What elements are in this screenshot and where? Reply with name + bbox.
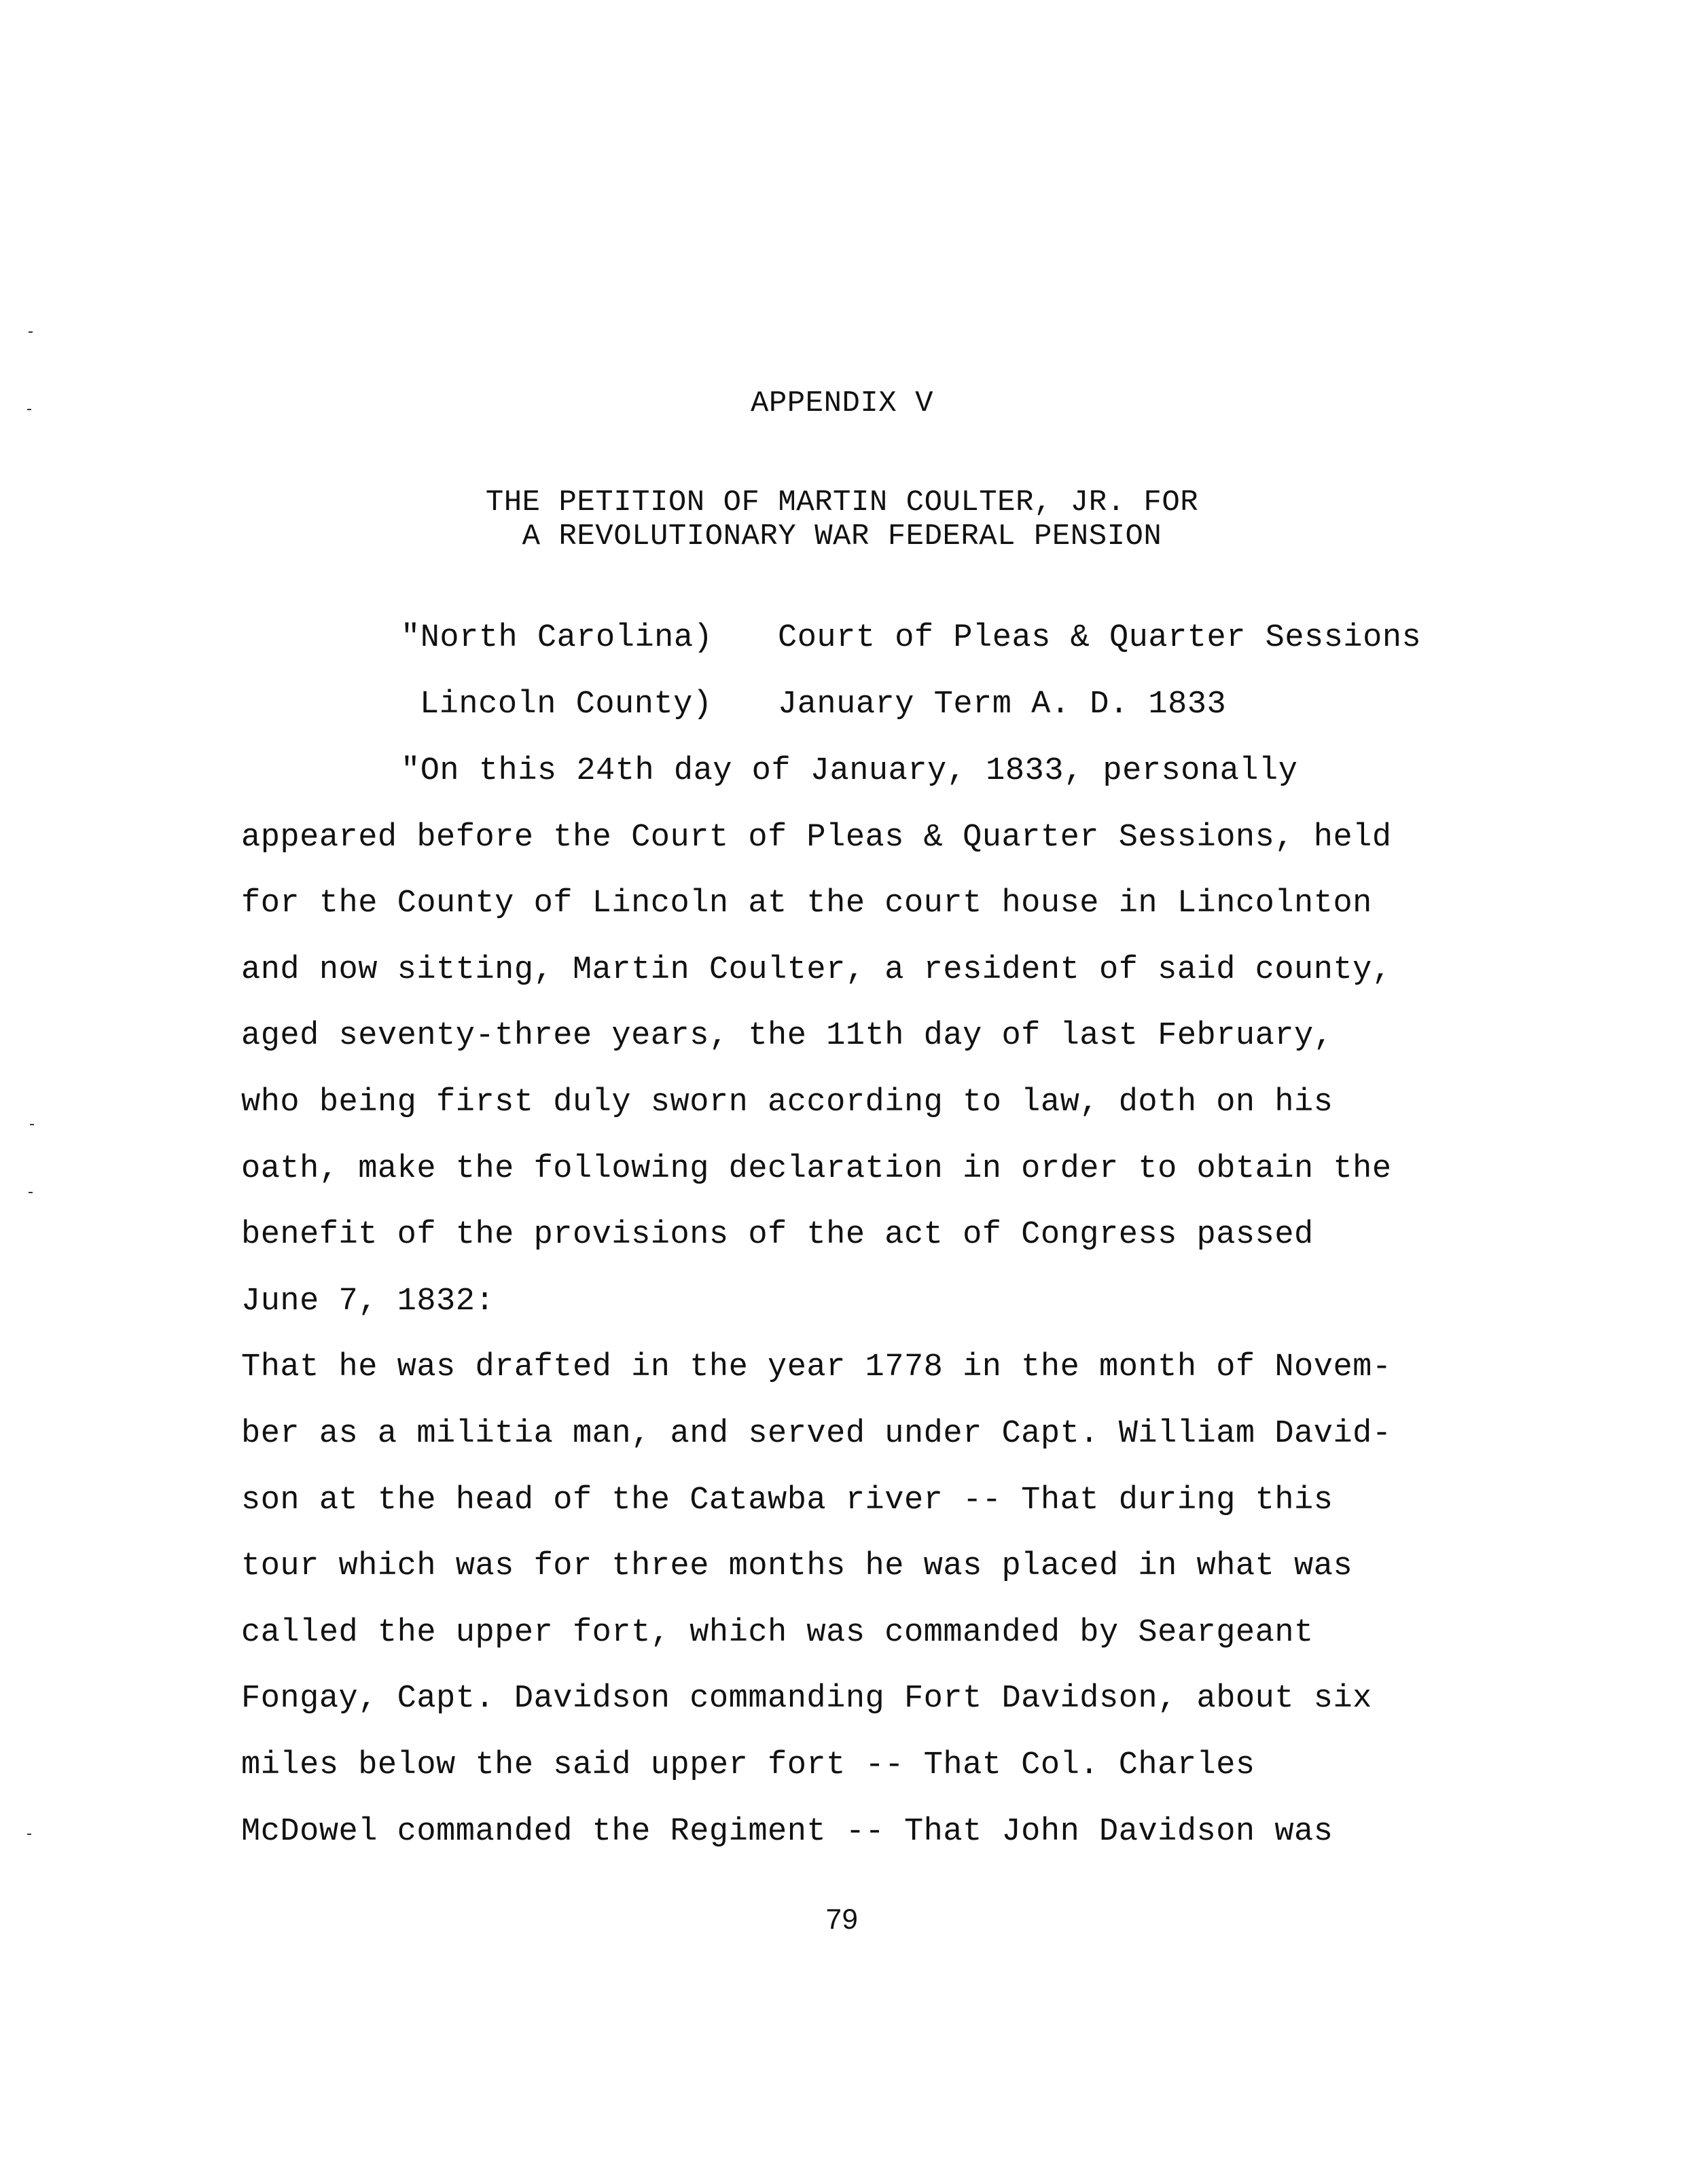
body-line: benefit of the provisions of the act of … — [241, 1219, 1314, 1251]
body-line: Fongay, Capt. Davidson commanding Fort D… — [241, 1683, 1372, 1715]
title-line-2: A REVOLUTIONARY WAR FEDERAL PENSION — [0, 522, 1684, 551]
scan-speck — [29, 1192, 33, 1193]
body-line: son at the head of the Catawba river -- … — [241, 1485, 1333, 1516]
body-line: "On this 24th day of January, 1833, pers… — [401, 755, 1297, 787]
appendix-label: APPENDIX V — [0, 388, 1684, 418]
scan-speck — [29, 331, 33, 333]
body-line: for the County of Lincoln at the court h… — [241, 888, 1372, 920]
scan-speck — [27, 1834, 31, 1835]
body-line: That he was drafted in the year 1778 in … — [241, 1351, 1392, 1383]
court-header-court: Court of Pleas & Quarter Sessions — [778, 622, 1421, 654]
court-header-term: January Term A. D. 1833 — [778, 689, 1226, 721]
court-header-county: Lincoln County) — [420, 689, 713, 721]
body-line: ber as a militia man, and served under C… — [241, 1418, 1392, 1450]
body-line: McDowel commanded the Regiment -- That J… — [241, 1816, 1333, 1848]
scan-speck — [27, 409, 31, 410]
body-line: June 7, 1832: — [241, 1286, 495, 1317]
body-line: called the upper fort, which was command… — [241, 1617, 1314, 1649]
page-number: 79 — [0, 1905, 1684, 1933]
body-line: and now sitting, Martin Coulter, a resid… — [241, 954, 1392, 986]
body-line: appeared before the Court of Pleas & Qua… — [241, 822, 1392, 854]
body-line: miles below the said upper fort -- That … — [241, 1749, 1255, 1781]
document-page: APPENDIX V THE PETITION OF MARTIN COULTE… — [0, 0, 1684, 2184]
body-line: aged seventy-three years, the 11th day o… — [241, 1020, 1333, 1052]
body-line: tour which was for three months he was p… — [241, 1550, 1352, 1582]
title-line-1: THE PETITION OF MARTIN COULTER, JR. FOR — [0, 488, 1684, 517]
body-line: oath, make the following declaration in … — [241, 1153, 1392, 1185]
body-line: who being first duly sworn according to … — [241, 1087, 1333, 1118]
court-header-state: "North Carolina) — [401, 622, 713, 654]
scan-speck — [30, 1124, 34, 1125]
